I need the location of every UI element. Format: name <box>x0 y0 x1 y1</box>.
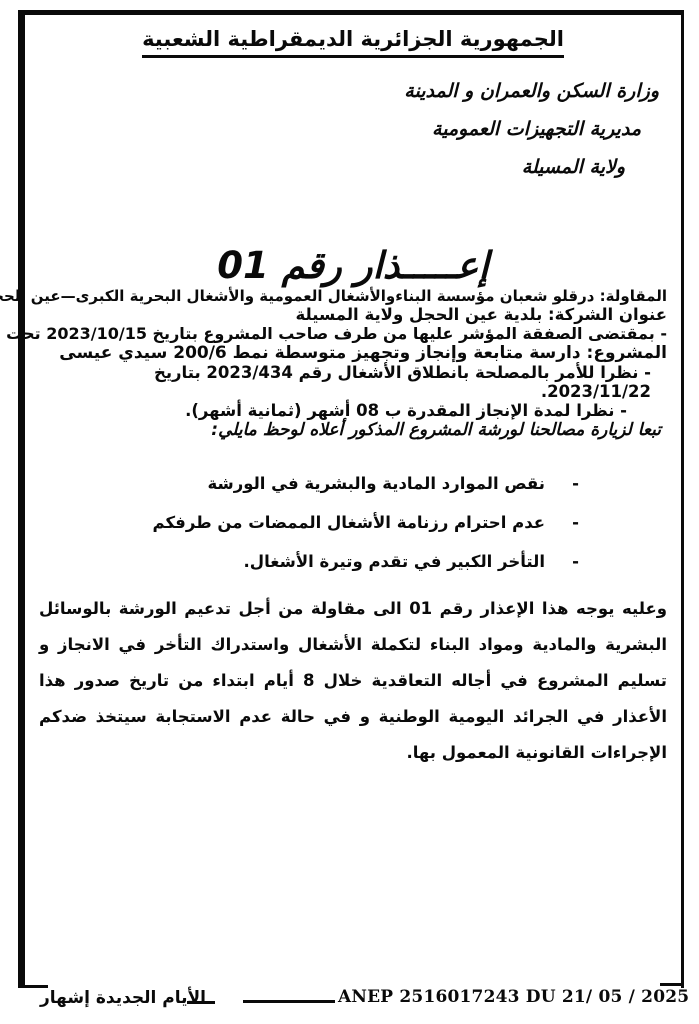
letterhead: وزارة السكن والعمران و المدينة مديرية ال… <box>37 72 669 186</box>
work-order-line: - نظرا للأمر بالمصلحة بانطلاق الأشغال رق… <box>39 363 667 401</box>
notice-title: إعـــــذار رقم 01 <box>37 244 669 287</box>
project-line: المشروع: دارسة متابعة وإنجاز وتجهيز متوس… <box>39 343 667 363</box>
completion-period-line: - نظرا لمدة الإنجاز المقدرة ب 08 أشهر (ث… <box>39 401 667 420</box>
document-body: المقاولة: درقلو شعبان مؤسسة البناءوالأشغ… <box>37 287 669 771</box>
site-visit-line: تبعا لزيارة مصالحنا لورشة المشروع المذكو… <box>39 420 667 440</box>
publisher-name: الأيام الجديدة إشهار <box>40 988 206 1008</box>
frame-corner-stub-right <box>660 983 684 986</box>
ministry-name: وزارة السكن والعمران و المدينة <box>37 72 659 110</box>
anep-reference: ANEP 2516017243 DU 21/ 05 / 2025 <box>338 987 689 1007</box>
observations-list: نقص الموارد المادية والبشرية في الورشة ع… <box>39 474 581 571</box>
republic-title-text: الجمهورية الجزائرية الديمقراطية الشعبية <box>142 27 564 58</box>
republic-title: الجمهورية الجزائرية الديمقراطية الشعبية <box>37 27 669 58</box>
divider-line-short <box>187 1001 215 1004</box>
observation-item: التأخر الكبير في تقدم وتيرة الأشغال. <box>39 552 581 571</box>
company-address-line: عنوان الشركة: بلدية عين الحجل ولاية المس… <box>39 305 667 324</box>
conclusion-paragraph: وعليه يوجه هذا الإعذار رقم 01 الى مقاولة… <box>39 591 667 771</box>
directorate-name: مديرية التجهيزات العمومية <box>37 110 641 148</box>
contract-reference-line: - بمقتضى الصفقة المؤشر عليها من طرف صاحب… <box>39 324 667 343</box>
wilaya-name: ولاية المسيلة <box>37 148 625 186</box>
document-frame: الجمهورية الجزائرية الديمقراطية الشعبية … <box>18 10 684 988</box>
observation-item: نقص الموارد المادية والبشرية في الورشة <box>39 474 581 493</box>
observation-item: عدم احترام رزنامة الأشغال الممضات من طرف… <box>39 513 581 532</box>
contractor-line: المقاولة: درقلو شعبان مؤسسة البناءوالأشغ… <box>39 287 667 305</box>
divider-line-long <box>243 1000 335 1003</box>
page: الجمهورية الجزائرية الديمقراطية الشعبية … <box>0 0 699 1024</box>
